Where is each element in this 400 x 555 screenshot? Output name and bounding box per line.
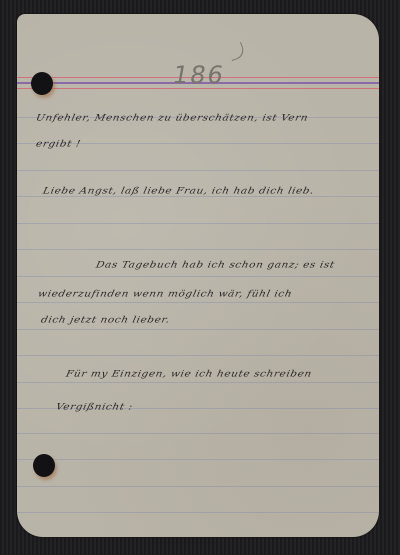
handwritten-line: wiederzufinden wenn möglich wär, fühl ic… bbox=[37, 289, 293, 299]
page-number: 186 bbox=[171, 61, 228, 89]
handwritten-line: dich jetzt noch lieber. bbox=[40, 315, 171, 325]
index-card: 186 Unfehler, Menschen zu überschätzen, … bbox=[17, 14, 379, 537]
ruled-line bbox=[17, 170, 379, 171]
ruled-line bbox=[17, 302, 379, 303]
ruled-line bbox=[17, 196, 379, 197]
punch-hole-top bbox=[31, 72, 53, 95]
ruled-line bbox=[17, 433, 379, 434]
ruled-line bbox=[17, 512, 379, 513]
punch-hole-bottom bbox=[33, 454, 55, 477]
ruled-line bbox=[17, 276, 379, 277]
handwritten-line: Vergißnicht : bbox=[55, 402, 134, 412]
pencil-tick-mark bbox=[227, 42, 246, 61]
ruled-line bbox=[17, 355, 379, 356]
handwritten-line: Unfehler, Menschen zu überschätzen, ist … bbox=[35, 113, 309, 123]
handwritten-line: Für my Einzigen, wie ich heute schreiben bbox=[65, 369, 313, 379]
handwritten-line: ergibt ! bbox=[35, 139, 82, 149]
handwritten-line: Liebe Angst, laß liebe Frau, ich hab dic… bbox=[42, 186, 315, 196]
ruled-line bbox=[17, 486, 379, 487]
ruled-line bbox=[17, 459, 379, 460]
handwritten-line: Das Tagebuch hab ich schon ganz; es ist bbox=[95, 260, 336, 270]
ruled-line bbox=[17, 249, 379, 250]
ruled-line bbox=[17, 382, 379, 383]
ruled-line bbox=[17, 223, 379, 224]
ruled-line bbox=[17, 329, 379, 330]
